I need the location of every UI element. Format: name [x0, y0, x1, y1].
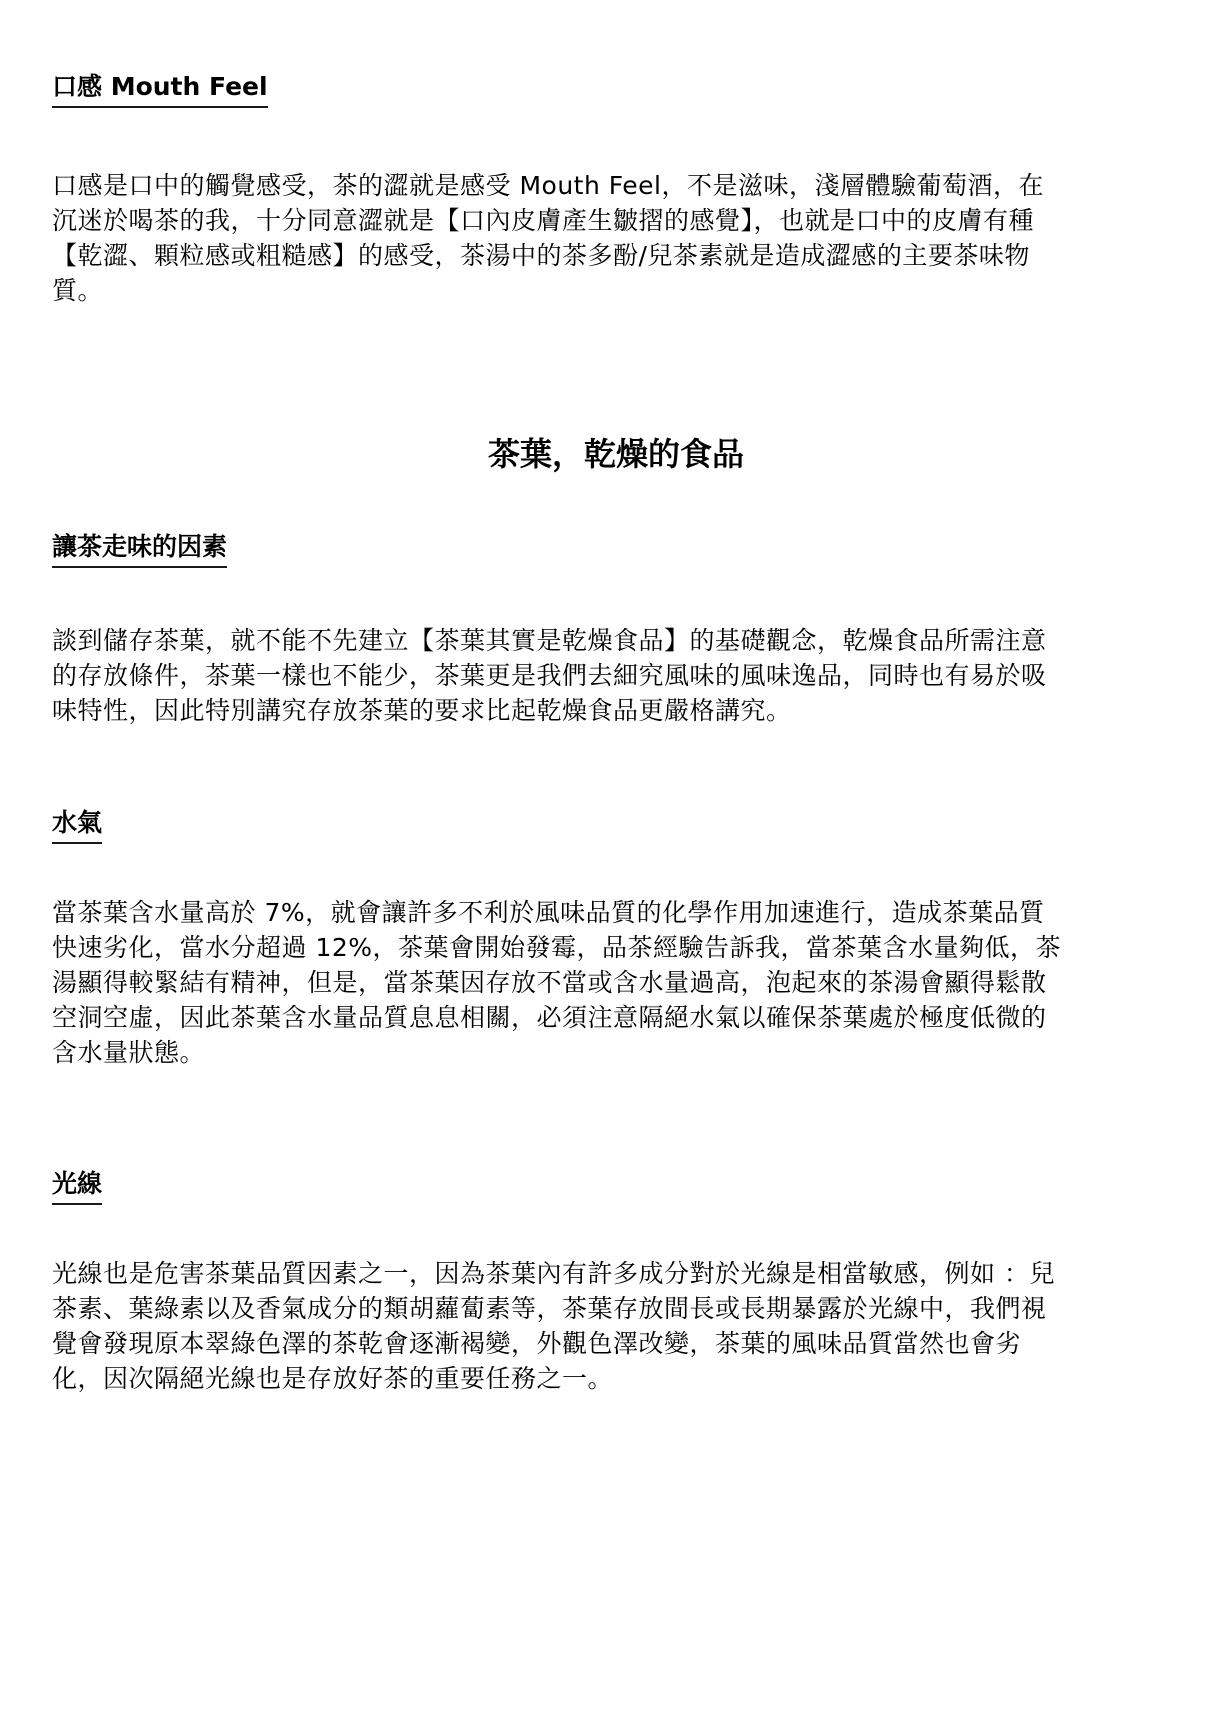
page-title: 茶葉，乾燥的食品 [0, 433, 1232, 475]
paragraph-moisture: 當茶葉含水量高於 7%，就會讓許多不利於風味品質的化學作用加速進行，造成茶葉品質… [52, 895, 1192, 1070]
paragraph-line: 質。 [52, 273, 1192, 308]
paragraph-line: 空洞空虛，因此茶葉含水量品質息息相關，必須注意隔絕水氣以確保茶葉處於極度低微的 [52, 1000, 1192, 1035]
document-page: 口感 Mouth Feel 口感是口中的觸覺感受，茶的澀就是感受 Mouth F… [0, 0, 1232, 1732]
paragraph-line: 味特性，因此特別講究存放茶葉的要求比起乾燥食品更嚴格講究。 [52, 693, 1192, 728]
paragraph-line: 湯顯得較緊結有精神，但是，當茶葉因存放不當或含水量過高，泡起來的茶湯會顯得鬆散 [52, 965, 1192, 1000]
paragraph-line: 當茶葉含水量高於 7%，就會讓許多不利於風味品質的化學作用加速進行，造成茶葉品質 [52, 895, 1192, 930]
section-heading-moisture: 水氣 [52, 806, 102, 844]
paragraph-line: 談到儲存茶葉，就不能不先建立【茶葉其實是乾燥食品】的基礎觀念，乾燥食品所需注意 [52, 623, 1192, 658]
paragraph-line: 快速劣化，當水分超過 12%，茶葉會開始發霉，品茶經驗告訴我，當茶葉含水量夠低，… [52, 930, 1192, 965]
section-heading-light: 光線 [52, 1167, 102, 1205]
paragraph-factors: 談到儲存茶葉，就不能不先建立【茶葉其實是乾燥食品】的基礎觀念，乾燥食品所需注意 … [52, 623, 1192, 728]
paragraph-line: 茶素、葉綠素以及香氣成分的類胡蘿蔔素等，茶葉存放間長或長期暴露於光線中，我們視 [52, 1291, 1192, 1326]
paragraph-line: 含水量狀態。 [52, 1035, 1192, 1070]
section-heading-factors: 讓茶走味的因素 [52, 530, 227, 568]
paragraph-mouthfeel: 口感是口中的觸覺感受，茶的澀就是感受 Mouth Feel，不是滋味，淺層體驗葡… [52, 168, 1192, 308]
section-heading-mouthfeel: 口感 Mouth Feel [52, 70, 268, 108]
paragraph-line: 口感是口中的觸覺感受，茶的澀就是感受 Mouth Feel，不是滋味，淺層體驗葡… [52, 168, 1192, 203]
paragraph-line: 覺會發現原本翠綠色澤的茶乾會逐漸褐變，外觀色澤改變，茶葉的風味品質當然也會劣 [52, 1326, 1192, 1361]
paragraph-line: 化，因次隔絕光線也是存放好茶的重要任務之一。 [52, 1361, 1192, 1396]
paragraph-light: 光線也是危害茶葉品質因素之一，因為茶葉內有許多成分對於光線是相當敏感，例如 ：兒… [52, 1256, 1192, 1396]
paragraph-line: 沉迷於喝茶的我，十分同意澀就是【口內皮膚產生皺摺的感覺】，也就是口中的皮膚有種 [52, 203, 1192, 238]
paragraph-line: 光線也是危害茶葉品質因素之一，因為茶葉內有許多成分對於光線是相當敏感，例如 ：兒 [52, 1256, 1192, 1291]
paragraph-line: 的存放條件，茶葉一樣也不能少，茶葉更是我們去細究風味的風味逸品，同時也有易於吸 [52, 658, 1192, 693]
paragraph-line: 【乾澀、顆粒感或粗糙感】的感受，茶湯中的茶多酚/兒茶素就是造成澀感的主要茶味物 [52, 238, 1192, 273]
